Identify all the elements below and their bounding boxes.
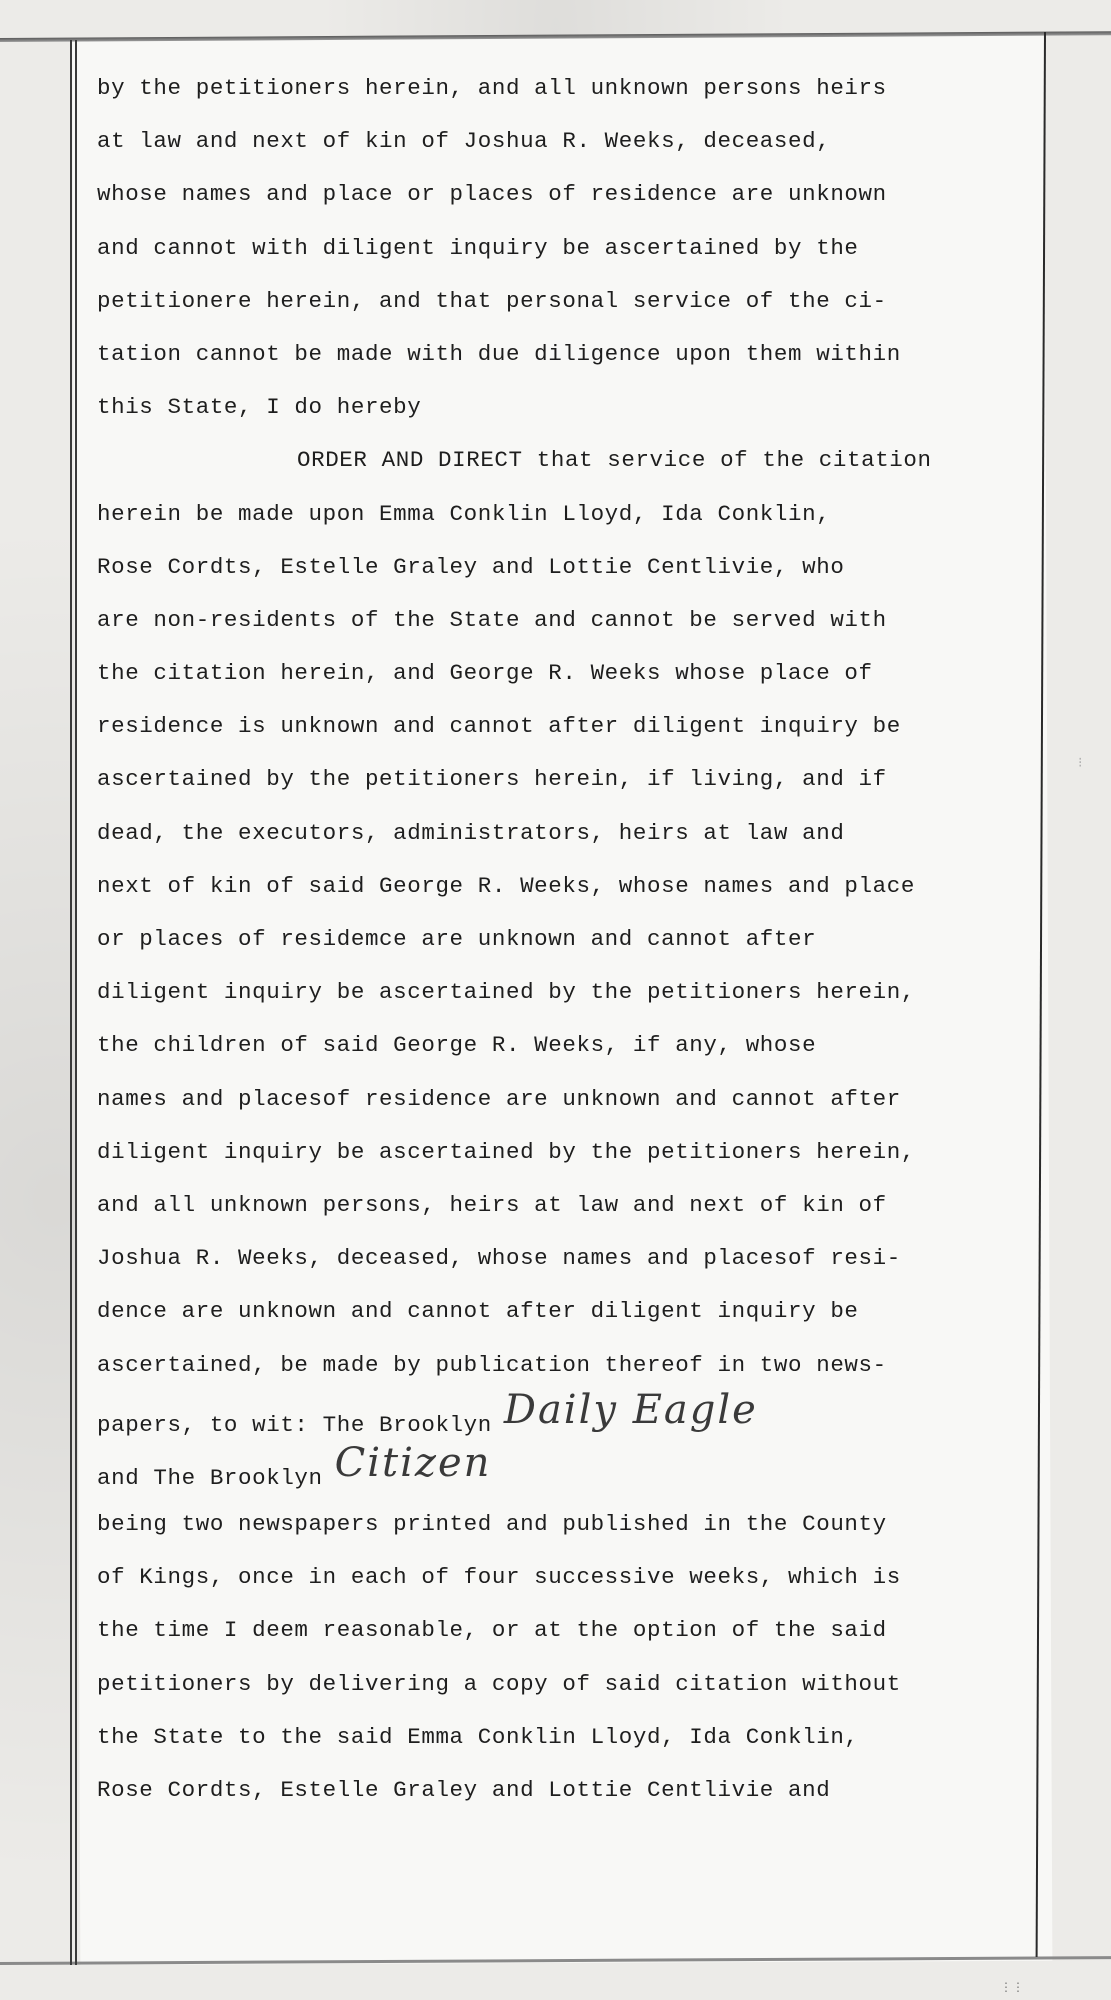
text-line: of Kings, once in each of four successiv… xyxy=(97,1551,1042,1604)
corner-scan-mark: ⋮⋮ xyxy=(1000,1980,1024,1995)
text-line: Joshua R. Weeks, deceased, whose names a… xyxy=(97,1232,1042,1285)
text-line: and all unknown persons, heirs at law an… xyxy=(97,1179,1042,1232)
text-line: Rose Cordts, Estelle Graley and Lottie C… xyxy=(97,541,1042,594)
typed-text: and The Brooklyn xyxy=(97,1465,323,1491)
text-line: dead, the executors, administrators, hei… xyxy=(97,807,1042,860)
text-line: tation cannot be made with due diligence… xyxy=(97,328,1042,381)
text-line: the time I deem reasonable, or at the op… xyxy=(97,1604,1042,1657)
order-and-direct-line: ORDER AND DIRECT that service of the cit… xyxy=(97,434,1042,487)
left-margin-rule xyxy=(70,40,72,1965)
text-line: at law and next of kin of Joshua R. Week… xyxy=(97,115,1042,168)
left-margin-rule-inner xyxy=(75,40,77,1965)
typed-body-text: by the petitioners herein, and all unkno… xyxy=(97,62,1042,1817)
text-line: by the petitioners herein, and all unkno… xyxy=(97,62,1042,115)
newspaper-line-2: and The BrooklynCitizen xyxy=(97,1445,1042,1498)
text-line: herein be made upon Emma Conklin Lloyd, … xyxy=(97,488,1042,541)
text-line: and cannot with diligent inquiry be asce… xyxy=(97,222,1042,275)
text-line: petitioners by delivering a copy of said… xyxy=(97,1658,1042,1711)
text-line: ascertained, be made by publication ther… xyxy=(97,1339,1042,1392)
newspaper-line-1: papers, to wit: The BrooklynDaily Eagle xyxy=(97,1392,1042,1445)
text-line: the children of said George R. Weeks, if… xyxy=(97,1019,1042,1072)
text-line: diligent inquiry be ascertained by the p… xyxy=(97,1126,1042,1179)
text-line: ascertained by the petitioners herein, i… xyxy=(97,753,1042,806)
text-line: the State to the said Emma Conklin Lloyd… xyxy=(97,1711,1042,1764)
text-line: are non-residents of the State and canno… xyxy=(97,594,1042,647)
text-line: residence is unknown and cannot after di… xyxy=(97,700,1042,753)
handwritten-newspaper-name: Daily Eagle xyxy=(504,1387,758,1433)
text-line: dence are unknown and cannot after dilig… xyxy=(97,1285,1042,1338)
handwritten-newspaper-name: Citizen xyxy=(335,1440,492,1486)
typed-text: papers, to wit: The Brooklyn xyxy=(97,1412,492,1438)
text-line: petitionere herein, and that personal se… xyxy=(97,275,1042,328)
text-line: Rose Cordts, Estelle Graley and Lottie C… xyxy=(97,1764,1042,1817)
text-line: this State, I do hereby xyxy=(97,381,1042,434)
text-line: the citation herein, and George R. Weeks… xyxy=(97,647,1042,700)
text-line: diligent inquiry be ascertained by the p… xyxy=(97,966,1042,1019)
text-line: being two newspapers printed and publish… xyxy=(97,1498,1042,1551)
stray-scan-mark: ⁝ xyxy=(1078,755,1082,772)
text-line: next of kin of said George R. Weeks, who… xyxy=(97,860,1042,913)
text-line: names and placesof residence are unknown… xyxy=(97,1073,1042,1126)
text-line: or places of residemce are unknown and c… xyxy=(97,913,1042,966)
text-line: whose names and place or places of resid… xyxy=(97,168,1042,221)
